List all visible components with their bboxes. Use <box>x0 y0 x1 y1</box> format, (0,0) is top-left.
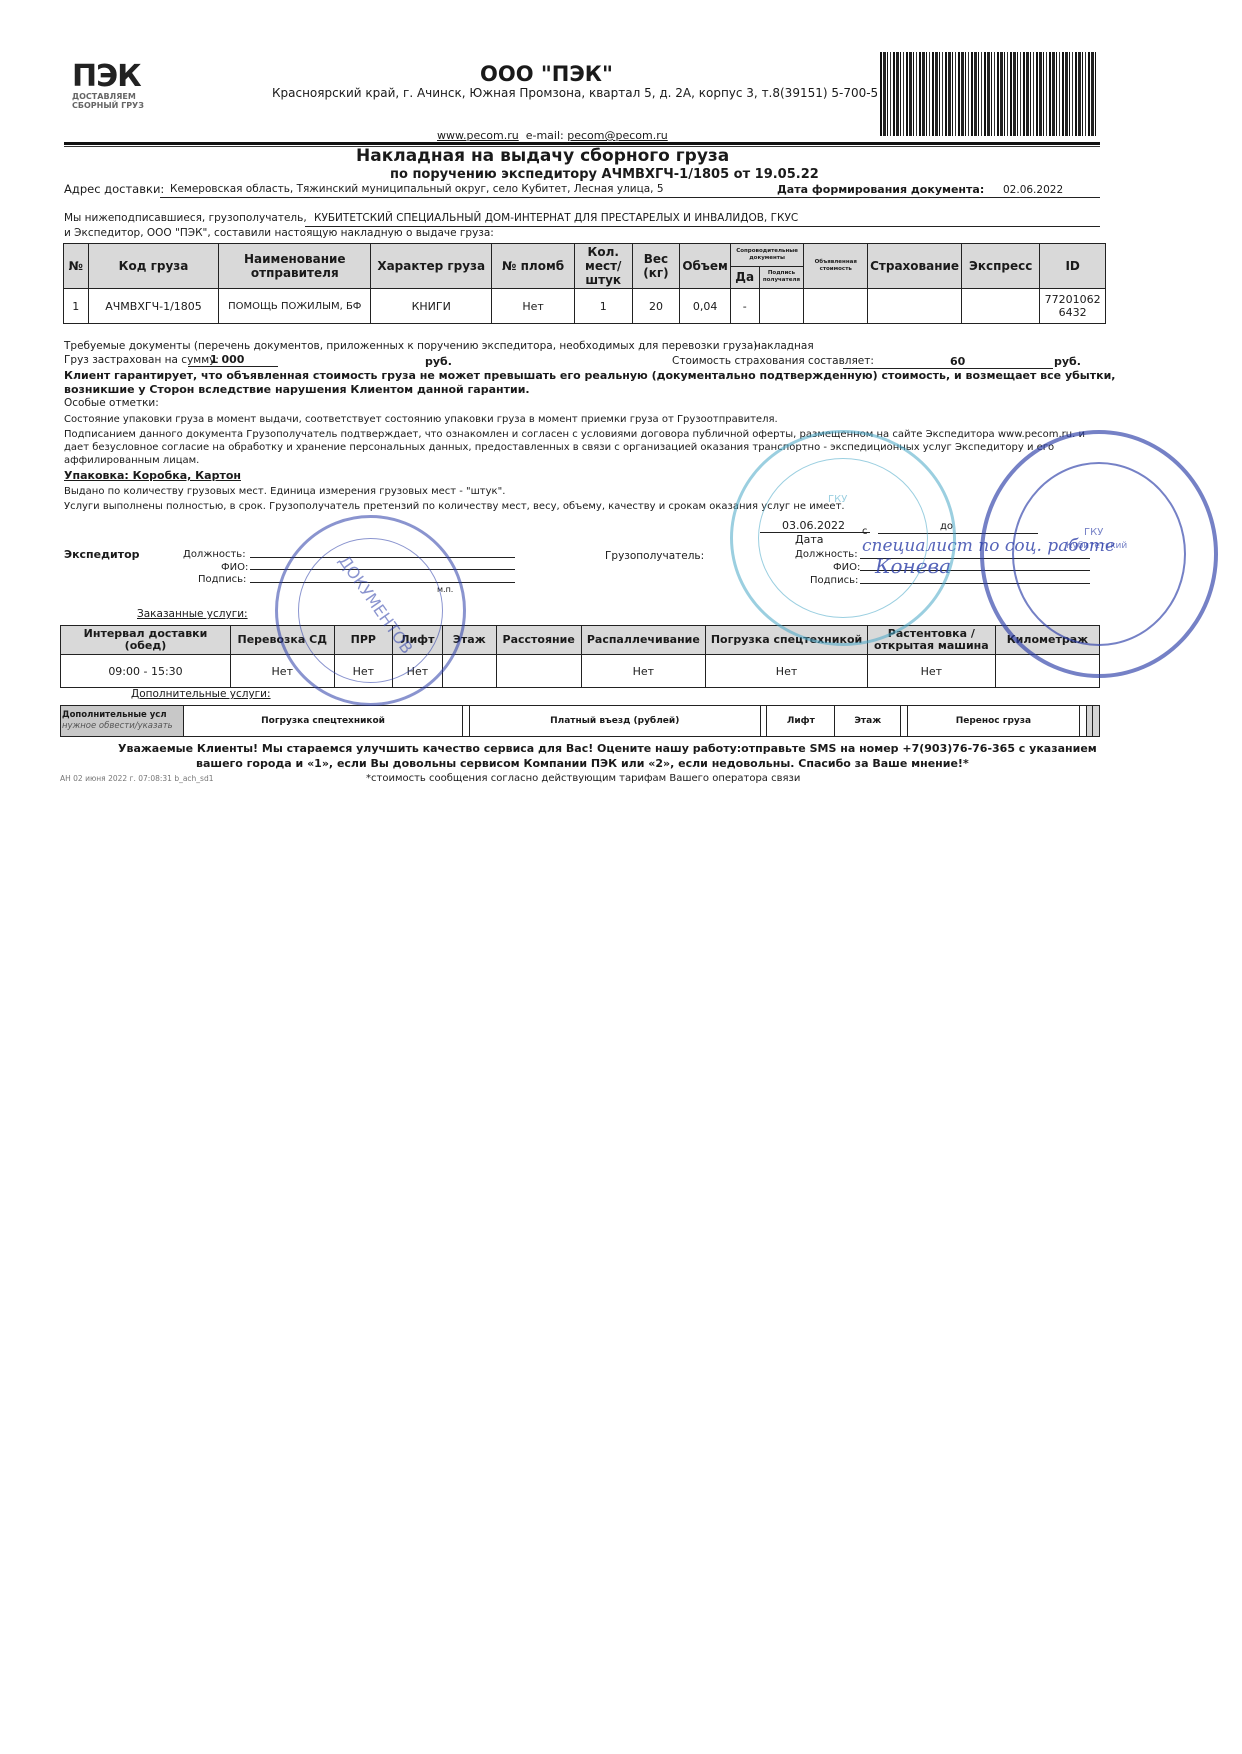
col-docs-sign: Подпись получателя <box>759 266 804 289</box>
services-cell-0: 09:00 - 15:30 <box>61 655 231 688</box>
additional-services-cell-4: Лифт <box>767 706 835 737</box>
consent-text-1: Подписанием данного документа Грузополуч… <box>64 428 1085 441</box>
print-stamp: АН 02 июня 2022 г. 07:08:31 b_ach_sd1 <box>60 772 214 785</box>
customer-appeal-2: вашего города и «1», если Вы довольны се… <box>196 757 969 770</box>
cell-weight: 20 <box>632 289 680 324</box>
additional-services-cell-9 <box>1086 706 1093 737</box>
additional-services-first-cell: Дополнительные усл нужное обвести/указат… <box>61 706 184 737</box>
services-done-text: Услуги выполнены полностью, в срок. Груз… <box>64 500 845 513</box>
logo-tagline-1: ДОСТАВЛЯЕМ <box>72 92 162 101</box>
additional-services-table: Дополнительные усл нужное обвести/указат… <box>60 705 1100 737</box>
special-marks-label: Особые отметки: <box>64 397 159 410</box>
col-weight: Вес (кг) <box>632 244 680 289</box>
document-subtitle: по поручению экспедитору АЧМВХГЧ-1/1805 … <box>390 167 819 182</box>
table-row: 09:00 - 15:30НетНетНетНетНетНет <box>61 655 1100 688</box>
guarantee-text-1: Клиент гарантирует, что объявленная стои… <box>64 369 1115 382</box>
forwarder-sign-label: Подпись: <box>198 573 246 586</box>
services-cell-7: Нет <box>706 655 868 688</box>
col-docs: Сопроводительные документы <box>730 244 803 267</box>
forwarder-stamp-icon: ДОКУМЕНТОВ <box>275 515 466 706</box>
email-link[interactable]: pecom@pecom.ru <box>567 129 667 142</box>
cell-code: АЧМВХГЧ-1/1805 <box>88 289 219 324</box>
additional-services-cell-0: Погрузка спецтехникой <box>184 706 463 737</box>
required-docs-label: Требуемые документы (перечень документов… <box>64 340 761 353</box>
barcode-icon <box>880 52 1098 136</box>
forwarder-position-label: Должность: <box>183 548 246 561</box>
services-cell-8: Нет <box>867 655 995 688</box>
additional-services-title: Дополнительные услуги: <box>131 688 271 701</box>
additional-services-cell-8 <box>1080 706 1087 737</box>
customer-appeal-1: Уважаемые Клиенты! Мы стараемся улучшить… <box>118 742 1097 755</box>
services-col-5: Расстояние <box>496 626 581 655</box>
col-volume: Объем <box>680 244 731 289</box>
additional-services-cell-1 <box>463 706 470 737</box>
additional-services-hint: нужное обвести/указать <box>62 721 182 732</box>
cell-num: 1 <box>64 289 89 324</box>
logo-text: ПЭК <box>72 62 162 92</box>
recipient-stamp-blue-icon: ГКУ Кубитетский <box>980 430 1218 678</box>
contacts: www.pecom.ru e-mail: pecom@pecom.ru <box>437 129 668 142</box>
required-docs-value: накладная <box>754 340 814 353</box>
pek-logo: ПЭК ДОСТАВЛЯЕМ СБОРНЫЙ ГРУЗ <box>72 62 162 110</box>
cell-qty: 1 <box>574 289 632 324</box>
col-nature: Характер груза <box>371 244 492 289</box>
cell-seals: Нет <box>492 289 574 324</box>
col-declared: Объявленная стоимость <box>804 244 868 289</box>
recipient-stamp-cyan-icon: ГКУ <box>730 430 956 646</box>
col-qty: Кол. мест/штук <box>574 244 632 289</box>
header-divider <box>64 142 1100 145</box>
creation-date: 02.06.2022 <box>1003 184 1063 197</box>
website-link[interactable]: www.pecom.ru <box>437 129 519 142</box>
ordered-services-title: Заказанные услуги: <box>137 608 248 621</box>
cell-id: 772010626432 <box>1040 289 1106 324</box>
insured-amount: 1 000 <box>210 353 244 366</box>
email-label: e-mail: <box>526 129 564 142</box>
additional-services-cell-10 <box>1093 706 1100 737</box>
creation-date-label: Дата формирования документа: <box>777 183 984 196</box>
logo-tagline-2: СБОРНЫЙ ГРУЗ <box>72 101 162 110</box>
blue-stamp-text-1: ГКУ <box>1084 526 1103 539</box>
cyan-stamp-text: ГКУ <box>828 493 847 506</box>
recipient-label: Грузополучатель: <box>605 550 704 563</box>
insurance-cost: 60 <box>950 355 965 368</box>
insured-underline <box>188 366 278 367</box>
col-express: Экспресс <box>962 244 1040 289</box>
delivery-address: Кемеровская область, Тяжинский муниципал… <box>170 183 664 196</box>
insured-currency: руб. <box>425 355 452 368</box>
cell-volume: 0,04 <box>680 289 731 324</box>
additional-services-cell-6 <box>901 706 908 737</box>
additional-services-first-label: Дополнительные усл <box>62 710 182 721</box>
additional-services-cell-7: Перенос груза <box>907 706 1079 737</box>
forwarder-label: Экспедитор <box>64 548 140 561</box>
col-sender: Наименование отправителя <box>219 244 371 289</box>
cell-docs-yes: - <box>730 289 759 324</box>
table-row: 1 АЧМВХГЧ-1/1805 ПОМОЩЬ ПОЖИЛЫМ, БФ КНИГ… <box>64 289 1106 324</box>
address-underline <box>160 197 1100 198</box>
document-title: Накладная на выдачу сборного груза <box>356 146 729 166</box>
cell-insurance <box>868 289 962 324</box>
cargo-table: № Код груза Наименование отправителя Хар… <box>63 243 1106 324</box>
col-docs-yes: Да <box>730 266 759 289</box>
packaging-type: Упаковка: Коробка, Картон <box>64 469 241 482</box>
additional-services-cell-3 <box>760 706 767 737</box>
sms-cost-note: *стоимость сообщения согласно действующи… <box>366 772 800 785</box>
cell-express <box>962 289 1040 324</box>
services-cell-5 <box>496 655 581 688</box>
blue-stamp-text-2: Кубитетский <box>1066 540 1127 553</box>
cell-sender: ПОМОЩЬ ПОЖИЛЫМ, БФ <box>219 289 371 324</box>
issued-text: Выдано по количеству грузовых мест. Един… <box>64 485 505 498</box>
col-seals: № пломб <box>492 244 574 289</box>
col-code: Код груза <box>88 244 219 289</box>
cell-nature: КНИГИ <box>371 289 492 324</box>
company-name: ООО "ПЭК" <box>480 62 613 86</box>
services-cell-6: Нет <box>581 655 706 688</box>
ordered-services-table: Интервал доставки (обед)Перевозка СДПРРЛ… <box>60 625 1100 688</box>
intro-text-1: Мы нижеподписавшиеся, грузополучатель, <box>64 212 307 225</box>
insurance-cost-label: Стоимость страхования составляет: <box>672 355 874 368</box>
packaging-state-text: Состояние упаковки груза в момент выдачи… <box>64 413 778 426</box>
intro-text-2: и Экспедитор, ООО "ПЭК", составили насто… <box>64 227 494 240</box>
services-col-6: Распаллечивание <box>581 626 706 655</box>
col-num: № <box>64 244 89 289</box>
delivery-address-label: Адрес доставки: <box>64 183 164 196</box>
company-address: Красноярский край, г. Ачинск, Южная Пром… <box>272 87 878 100</box>
additional-services-cell-5: Этаж <box>835 706 901 737</box>
guarantee-text-2: возникшие у Сторон вследствие нарушения … <box>64 383 530 396</box>
col-id: ID <box>1040 244 1106 289</box>
insurance-cost-currency: руб. <box>1054 355 1081 368</box>
additional-services-cell-2: Платный въезд (рублей) <box>469 706 760 737</box>
col-insurance: Страхование <box>868 244 962 289</box>
cell-declared <box>804 289 868 324</box>
consent-text-3: аффилированным лицам. <box>64 454 199 467</box>
recipient-name: КУБИТЕТСКИЙ СПЕЦИАЛЬНЫЙ ДОМ-ИНТЕРНАТ ДЛЯ… <box>314 212 798 225</box>
services-col-0: Интервал доставки (обед) <box>61 626 231 655</box>
cell-docs-sign <box>759 289 804 324</box>
